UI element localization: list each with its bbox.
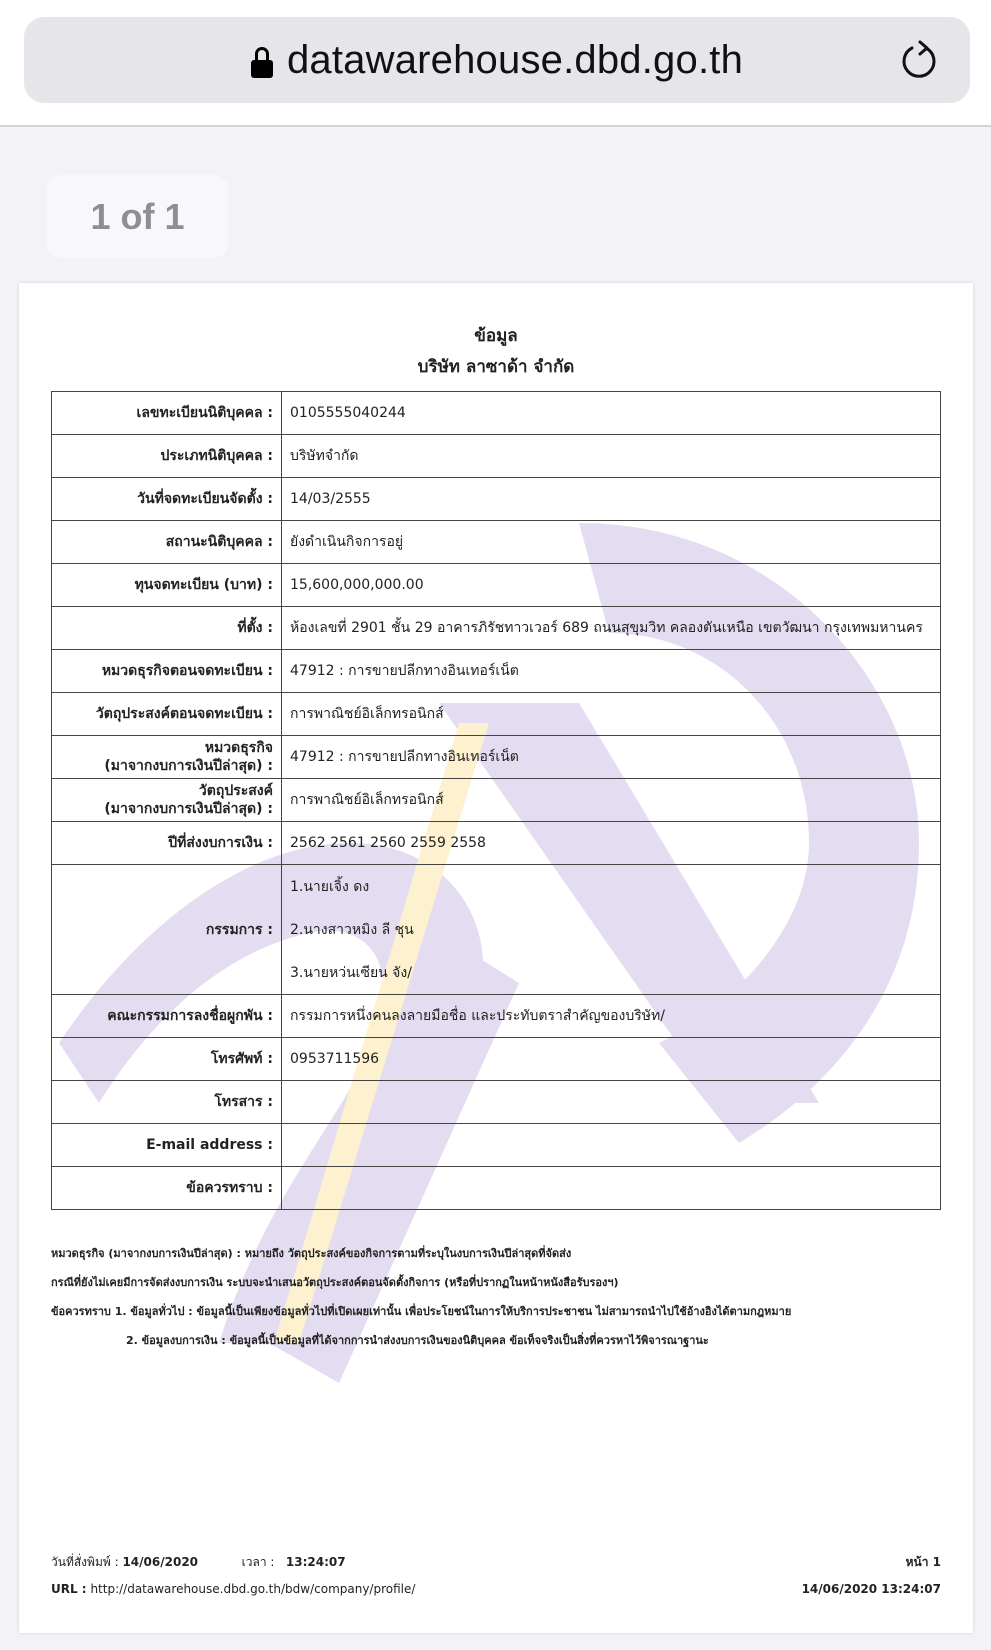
field-value: 14/03/2555: [282, 478, 941, 521]
footnotes: หมวดธุรกิจ (มาจากงบการเงินปีล่าสุด) : หม…: [51, 1239, 951, 1355]
table-row: คณะกรรมการลงชื่อผูกพัน :กรรมการหนึ่งคนลง…: [52, 995, 941, 1038]
table-row: หมวดธุรกิจตอนจดทะเบียน :47912 : การขายปล…: [52, 650, 941, 693]
print-date-line: วันที่สั่งพิมพ์ : 14/06/2020 เวลา : 13:2…: [51, 1553, 346, 1572]
table-row: E-mail address :: [52, 1124, 941, 1167]
field-value: กรรมการหนึ่งคนลงลายมือชื่อ และประทับตราส…: [282, 995, 941, 1038]
field-value: [282, 1081, 941, 1124]
footnote-3: ข้อควรทราบ 1. ข้อมูลทั่วไป : ข้อมูลนี้เป…: [51, 1297, 951, 1326]
url-text[interactable]: datawarehouse.dbd.go.th: [287, 38, 743, 83]
url-label: URL :: [51, 1582, 87, 1596]
field-label: ข้อควรทราบ :: [52, 1167, 282, 1210]
footnote-1: หมวดธุรกิจ (มาจากงบการเงินปีล่าสุด) : หม…: [51, 1239, 951, 1268]
print-date: 14/06/2020: [122, 1555, 198, 1569]
field-value: 2562 2561 2560 2559 2558: [282, 822, 941, 865]
field-label: สถานะนิติบุคคล :: [52, 521, 282, 564]
table-row: หมวดธุรกิจ (มาจากงบการเงินปีล่าสุด) :479…: [52, 736, 941, 779]
field-label: วัตถุประสงค์ตอนจดทะเบียน :: [52, 693, 282, 736]
field-label: E-mail address :: [52, 1124, 282, 1167]
page-number: หน้า 1: [906, 1553, 941, 1572]
field-value: การพาณิชย์อิเล็กทรอนิกส์: [282, 693, 941, 736]
pdf-page: ข้อมูล บริษัท ลาซาด้า จำกัด เลขทะเบียนนิ…: [19, 283, 973, 1633]
table-row: โทรศัพท์ :0953711596: [52, 1038, 941, 1081]
director-item: 1.นายเจิ้ง ดง: [290, 865, 932, 908]
browser-toolbar: datawarehouse.dbd.go.th: [0, 0, 991, 127]
field-label: ทุนจดทะเบียน (บาท) :: [52, 564, 282, 607]
table-row: เลขทะเบียนนิติบุคคล :0105555040244: [52, 392, 941, 435]
url-line: URL : http://datawarehouse.dbd.go.th/bdw…: [51, 1582, 415, 1596]
field-value: 15,600,000,000.00: [282, 564, 941, 607]
table-row: วันที่จดทะเบียนจัดตั้ง :14/03/2555: [52, 478, 941, 521]
field-value: 47912 : การขายปลีกทางอินเทอร์เน็ต: [282, 650, 941, 693]
page-indicator-text: 1 of 1: [90, 196, 184, 238]
field-label: โทรสาร :: [52, 1081, 282, 1124]
table-row: ที่ตั้ง :ห้องเลขที่ 2901 ชั้น 29 อาคารภิ…: [52, 607, 941, 650]
source-url: http://datawarehouse.dbd.go.th/bdw/compa…: [90, 1582, 415, 1596]
print-time-label: เวลา :: [242, 1555, 275, 1569]
footnote-2: กรณีที่ยังไม่เคยมีการจัดส่งงบการเงิน ระบ…: [51, 1268, 951, 1297]
field-label: เลขทะเบียนนิติบุคคล :: [52, 392, 282, 435]
company-name: บริษัท ลาซาด้า จำกัด: [19, 353, 973, 380]
field-value: 47912 : การขายปลีกทางอินเทอร์เน็ต: [282, 736, 941, 779]
field-label: ประเภทนิติบุคคล :: [52, 435, 282, 478]
print-date-label: วันที่สั่งพิมพ์ :: [51, 1555, 119, 1569]
field-label: โทรศัพท์ :: [52, 1038, 282, 1081]
field-value: 0105555040244: [282, 392, 941, 435]
field-label: คณะกรรมการลงชื่อผูกพัน :: [52, 995, 282, 1038]
field-label: วันที่จดทะเบียนจัดตั้ง :: [52, 478, 282, 521]
directors-row: กรรมการ :1.นายเจิ้ง ดง2.นางสาวหมิง ลี ชุ…: [52, 865, 941, 995]
print-timestamp: 14/06/2020 13:24:07: [802, 1582, 941, 1596]
table-row: วัตถุประสงค์ (มาจากงบการเงินปีล่าสุด) :ก…: [52, 779, 941, 822]
reload-icon[interactable]: [898, 39, 940, 81]
field-value: ห้องเลขที่ 2901 ชั้น 29 อาคารภิรัชทาวเวอ…: [282, 607, 941, 650]
director-item: 2.นางสาวหมิง ลี ชุน: [290, 908, 932, 951]
field-label: หมวดธุรกิจตอนจดทะเบียน :: [52, 650, 282, 693]
table-row: สถานะนิติบุคคล :ยังดำเนินกิจการอยู่: [52, 521, 941, 564]
field-value: บริษัทจำกัด: [282, 435, 941, 478]
directors-label: กรรมการ :: [52, 865, 282, 995]
table-row: ทุนจดทะเบียน (บาท) :15,600,000,000.00: [52, 564, 941, 607]
field-label: ที่ตั้ง :: [52, 607, 282, 650]
directors-list: 1.นายเจิ้ง ดง2.นางสาวหมิง ลี ชุน3.นายหว่…: [282, 865, 941, 995]
table-row: วัตถุประสงค์ตอนจดทะเบียน :การพาณิชย์อิเล…: [52, 693, 941, 736]
page-indicator: 1 of 1: [47, 175, 228, 258]
field-value: [282, 1124, 941, 1167]
field-value: การพาณิชย์อิเล็กทรอนิกส์: [282, 779, 941, 822]
director-item: 3.นายหว่นเซียน จัง/: [290, 951, 932, 994]
company-info-table: เลขทะเบียนนิติบุคคล :0105555040244ประเภท…: [51, 391, 941, 1210]
field-value: 0953711596: [282, 1038, 941, 1081]
field-value: [282, 1167, 941, 1210]
field-label: ปีที่ส่งงบการเงิน :: [52, 822, 282, 865]
field-label: วัตถุประสงค์ (มาจากงบการเงินปีล่าสุด) :: [52, 779, 282, 822]
address-bar[interactable]: datawarehouse.dbd.go.th: [24, 17, 970, 103]
table-row: โทรสาร :: [52, 1081, 941, 1124]
field-value: ยังดำเนินกิจการอยู่: [282, 521, 941, 564]
document-title: ข้อมูล: [19, 322, 973, 349]
field-label: หมวดธุรกิจ (มาจากงบการเงินปีล่าสุด) :: [52, 736, 282, 779]
table-row: ข้อควรทราบ :: [52, 1167, 941, 1210]
table-row: ประเภทนิติบุคคล :บริษัทจำกัด: [52, 435, 941, 478]
table-row: ปีที่ส่งงบการเงิน :2562 2561 2560 2559 2…: [52, 822, 941, 865]
lock-icon: [251, 47, 273, 79]
print-time: 13:24:07: [286, 1555, 346, 1569]
footnote-4: 2. ข้อมูลงบการเงิน : ข้อมูลนี้เป็นข้อมูล…: [51, 1326, 951, 1355]
